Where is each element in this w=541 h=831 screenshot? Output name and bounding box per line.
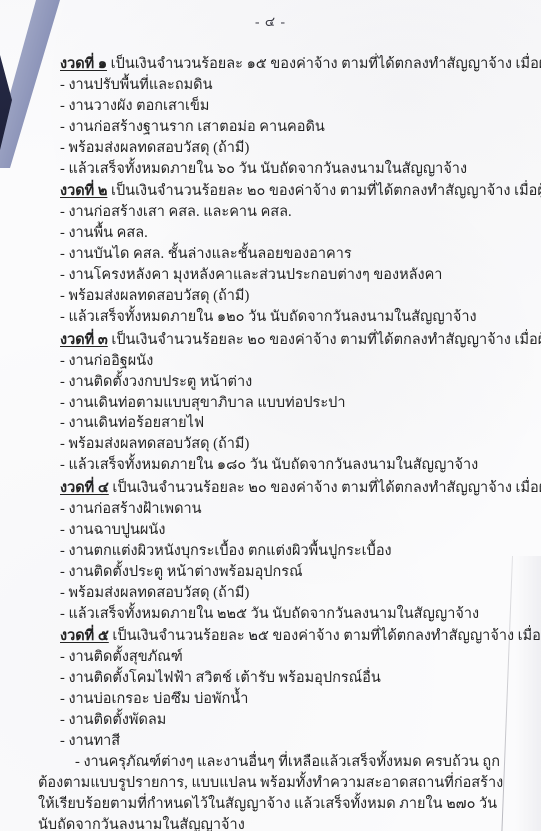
installment-intro: เป็นเงินจำนวนร้อยละ ๒๕ ของค่าจ้าง ตามที่… (112, 628, 541, 644)
installment-intro: เป็นเงินจำนวนร้อยละ ๒๐ ของค่าจ้าง ตามที่… (111, 183, 541, 199)
work-item: - แล้วเสร็จทั้งหมดภายใน ๖๐ วัน นับถัดจาก… (60, 159, 511, 180)
work-item: - งานวางผัง ตอกเสาเข็ม (60, 96, 511, 117)
installment-header: งวดที่ ๒ เป็นเงินจำนวนร้อยละ ๒๐ ของค่าจ้… (60, 181, 511, 202)
installment-intro: เป็นเงินจำนวนร้อยละ ๒๐ ของค่าจ้าง ตามที่… (111, 332, 541, 348)
installment-header: งวดที่ ๓ เป็นเงินจำนวนร้อยละ ๒๐ ของค่าจ้… (60, 330, 511, 351)
work-item: - พร้อมส่งผลทดสอบวัสดุ (ถ้ามี) (60, 138, 511, 159)
work-item: - งานก่ออิฐผนัง (60, 351, 511, 372)
work-item: - งานติดตั้งสุขภัณฑ์ (60, 647, 511, 668)
installment-title: งวดที่ ๑ (60, 56, 107, 72)
work-item: - งานบันได คสล. ชั้นล่างและชั้นลอยของอาค… (60, 244, 511, 265)
work-item: - พร้อมส่งผลทดสอบวัสดุ (ถ้ามี) (60, 583, 511, 604)
work-item: - งานก่อสร้างฝ้าเพดาน (60, 499, 511, 520)
work-item: - งานทาสี (60, 731, 511, 752)
installment-title: งวดที่ ๓ (60, 332, 108, 348)
work-item: - งานโครงหลังคา มุงหลังคาและส่วนประกอบต่… (60, 265, 511, 286)
work-item: - งานฉาบปูนผนัง (60, 520, 511, 541)
work-item: - งานก่อสร้างเสา คสล. และคาน คสล. (60, 202, 511, 223)
work-item: - พร้อมส่งผลทดสอบวัสดุ (ถ้ามี) (60, 434, 511, 455)
work-item: - งานก่อสร้างฐานราก เสาตอม่อ คานคอดิน (60, 117, 511, 138)
work-item: - งานตกแต่งผิวหนังบุกระเบื้อง ตกแต่งผิวพ… (60, 541, 511, 562)
closing-paragraph: - งานครุภัณฑ์ต่างๆ และงานอื่นๆ ที่เหลือแ… (38, 752, 511, 831)
installment-section: งวดที่ ๕ เป็นเงินจำนวนร้อยละ ๒๕ ของค่าจ้… (38, 626, 511, 831)
installment-section: งวดที่ ๑ เป็นเงินจำนวนร้อยละ ๑๕ ของค่าจ้… (38, 54, 511, 179)
work-item: - งานติดตั้งวงกบประตู หน้าต่าง (60, 372, 511, 393)
work-item: - พร้อมส่งผลทดสอบวัสดุ (ถ้ามี) (60, 286, 511, 307)
work-item: - งานติดตั้งประตู หน้าต่างพร้อมอุปกรณ์ (60, 562, 511, 583)
installment-title: งวดที่ ๒ (60, 183, 107, 199)
installment-header: งวดที่ ๔ เป็นเงินจำนวนร้อยละ ๒๐ ของค่าจ้… (60, 478, 511, 499)
installment-intro: เป็นเงินจำนวนร้อยละ ๑๕ ของค่าจ้าง ตามที่… (111, 56, 541, 72)
work-item: - งานเดินท่อตามแบบสุขาภิบาล แบบท่อประปา (60, 393, 511, 414)
work-item: - แล้วเสร็จทั้งหมดภายใน ๑๘๐ วัน นับถัดจา… (60, 455, 511, 476)
work-item: - งานพื้น คสล. (60, 223, 511, 244)
work-item: - งานติดตั้งพัดลม (60, 710, 511, 731)
work-item: - งานเดินท่อร้อยสายไฟ (60, 413, 511, 434)
installment-section: งวดที่ ๓ เป็นเงินจำนวนร้อยละ ๒๐ ของค่าจ้… (38, 330, 511, 476)
installment-header: งวดที่ ๑ เป็นเงินจำนวนร้อยละ ๑๕ ของค่าจ้… (60, 54, 511, 75)
page-edge-shade (515, 556, 541, 831)
installment-section: งวดที่ ๔ เป็นเงินจำนวนร้อยละ ๒๐ ของค่าจ้… (38, 478, 511, 624)
installment-title: งวดที่ ๕ (60, 628, 109, 644)
work-item: - งานปรับพื้นที่และถมดิน (60, 75, 511, 96)
document-body: งวดที่ ๑ เป็นเงินจำนวนร้อยละ ๑๕ ของค่าจ้… (38, 52, 511, 831)
work-item: - งานบ่อเกรอะ บ่อซึม บ่อพักน้ำ (60, 689, 511, 710)
installment-intro: เป็นเงินจำนวนร้อยละ ๒๐ ของค่าจ้าง ตามที่… (112, 480, 541, 496)
installment-title: งวดที่ ๔ (60, 480, 109, 496)
work-item: - แล้วเสร็จทั้งหมดภายใน ๒๒๕ วัน นับถัดจา… (60, 604, 511, 625)
scanned-document-page: { "page": { "number_label": "- ๔ -" }, "… (0, 0, 541, 831)
work-item: - งานติดตั้งโคมไฟฟ้า สวิตช์ เต้ารับ พร้อ… (60, 668, 511, 689)
installment-header: งวดที่ ๕ เป็นเงินจำนวนร้อยละ ๒๕ ของค่าจ้… (60, 626, 511, 647)
work-item: - แล้วเสร็จทั้งหมดภายใน ๑๒๐ วัน นับถัดจา… (60, 307, 511, 328)
installment-section: งวดที่ ๒ เป็นเงินจำนวนร้อยละ ๒๐ ของค่าจ้… (38, 181, 511, 327)
page-number: - ๔ - (0, 10, 541, 32)
